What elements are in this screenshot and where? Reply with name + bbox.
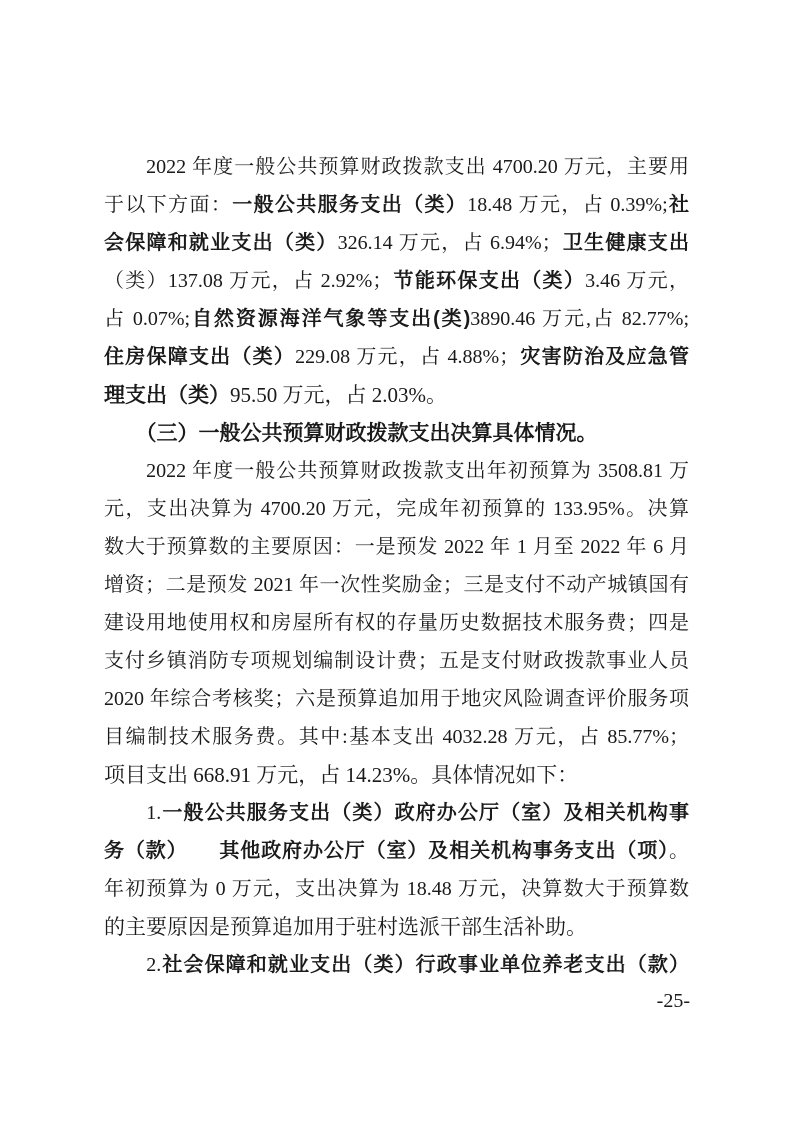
- text-run: 3890.46 万元,占 82.77%;: [470, 308, 689, 330]
- text-line-7: 理支出（类）95.50 万元，占 2.03%。: [104, 376, 689, 414]
- text-run: 项目支出 668.91 万元，占 14.23%。具体情况如下：: [104, 763, 578, 787]
- text-run: 的主要原因是预算追加用于驻村选派干部生活补助。: [104, 915, 587, 939]
- text-run: 2022 年度一般公共预算财政拨款支出年初预算为 3508.81 万: [104, 460, 689, 482]
- text-run: 2.: [104, 954, 161, 976]
- text-line-16: 目编制技术服务费。其中:基本支出 4032.28 万元，占 85.77%；: [104, 718, 689, 756]
- text-run: 占 0.07%;: [104, 308, 190, 330]
- text-run: 1.: [104, 802, 161, 824]
- text-line-3: 会保障和就业支出（类）326.14 万元，占 6.94%；卫生健康支出: [104, 224, 689, 262]
- bold-text-run: 一般公共服务支出（类）政府办公厅（室）及相关机构事: [161, 802, 689, 824]
- bold-text-run: 卫生健康支出: [562, 232, 689, 254]
- document-page: 2022 年度一般公共预算财政拨款支出 4700.20 万元，主要用 于以下方面…: [0, 0, 793, 1122]
- text-run: [178, 840, 220, 862]
- text-line-13: 建设用地使用权和房屋所有权的存量历史数据技术服务费；四是: [104, 604, 689, 642]
- text-run: 3.46 万元，: [585, 270, 689, 292]
- text-line-14: 支付乡镇消防专项规划编制设计费；五是支付财政拨款事业人员: [104, 642, 689, 680]
- text-line-5: 占 0.07%;自然资源海洋气象等支出(类)3890.46 万元,占 82.77…: [104, 300, 689, 338]
- text-run: 增资；二是预发 2021 年一次性奖励金；三是支付不动产城镇国有: [104, 574, 689, 596]
- text-run: 326.14 万元，占 6.94%；: [338, 232, 562, 254]
- bold-text-run: 其他政府办公厅（室）及相关机构事务支出（项）: [219, 840, 669, 862]
- text-run: 建设用地使用权和房屋所有权的存量历史数据技术服务费；四是: [104, 612, 689, 634]
- item-1-line-4: 的主要原因是预算追加用于驻村选派干部生活补助。: [104, 908, 689, 946]
- text-run: 数大于预算数的主要原因：一是预发 2022 年 1 月至 2022 年 6 月: [104, 536, 689, 558]
- text-run: 2020 年综合考核奖；六是预算追加用于地灾风险调查评价服务项: [104, 688, 689, 710]
- text-line-17: 项目支出 668.91 万元，占 14.23%。具体情况如下：: [104, 756, 689, 794]
- item-1-line-1: 1.一般公共服务支出（类）政府办公厅（室）及相关机构事: [104, 794, 689, 832]
- text-run: 18.48 万元，占 0.39%;: [467, 194, 667, 216]
- text-run: 于以下方面：: [104, 194, 232, 216]
- text-line-9: 2022 年度一般公共预算财政拨款支出年初预算为 3508.81 万: [104, 452, 689, 490]
- item-1-line-2: 务（款） 其他政府办公厅（室）及相关机构事务支出（项）。: [104, 832, 689, 870]
- text-run: 年初预算为 0 万元，支出决算为 18.48 万元，决算数大于预算数: [104, 878, 689, 900]
- text-line-1: 2022 年度一般公共预算财政拨款支出 4700.20 万元，主要用: [104, 148, 689, 186]
- text-run: （类）137.08 万元，占 2.92%；: [104, 270, 392, 292]
- bold-text-run: 会保障和就业支出（类）: [104, 232, 338, 254]
- text-run: 元，支出决算为 4700.20 万元，完成年初预算的 133.95%。决算: [104, 498, 689, 520]
- text-run: 。: [669, 840, 689, 862]
- bold-text-run: 住房保障支出（类）: [104, 346, 295, 368]
- section-heading: （三）一般公共预算财政拨款支出决算具体情况。: [104, 414, 689, 452]
- text-run: 2022 年度一般公共预算财政拨款支出 4700.20 万元，主要用: [104, 156, 689, 178]
- text-line-6: 住房保障支出（类）229.08 万元，占 4.88%；灾害防治及应急管: [104, 338, 689, 376]
- text-run: [104, 421, 146, 445]
- bold-text-run: 灾害防治及应急管: [519, 346, 689, 368]
- text-run: 95.50 万元，占 2.03%。: [230, 383, 447, 407]
- text-line-12: 增资；二是预发 2021 年一次性奖励金；三是支付不动产城镇国有: [104, 566, 689, 604]
- bold-text-run: 社会保障和就业支出（类）行政事业单位养老支出（款）: [161, 954, 689, 976]
- text-line-15: 2020 年综合考核奖；六是预算追加用于地灾风险调查评价服务项: [104, 680, 689, 718]
- text-run: 229.08 万元，占 4.88%；: [295, 346, 519, 368]
- bold-text-run: （三）一般公共预算财政拨款支出决算具体情况。: [146, 422, 598, 445]
- item-1-line-3: 年初预算为 0 万元，支出决算为 18.48 万元，决算数大于预算数: [104, 870, 689, 908]
- text-line-2: 于以下方面：一般公共服务支出（类）18.48 万元，占 0.39%;社: [104, 186, 689, 224]
- bold-text-run: 节能环保支出（类）: [392, 270, 585, 292]
- text-line-4: （类）137.08 万元，占 2.92%；节能环保支出（类）3.46 万元，: [104, 262, 689, 300]
- text-content: 2022 年度一般公共预算财政拨款支出 4700.20 万元，主要用 于以下方面…: [104, 148, 689, 984]
- text-run: 支付乡镇消防专项规划编制设计费；五是支付财政拨款事业人员: [104, 650, 689, 672]
- bold-text-run: 社: [668, 194, 689, 216]
- text-line-10: 元，支出决算为 4700.20 万元，完成年初预算的 133.95%。决算: [104, 490, 689, 528]
- bold-text-run: 务（款）: [104, 840, 178, 862]
- bold-text-run: 一般公共服务支出（类）: [232, 194, 467, 216]
- bold-text-run: 自然资源海洋气象等支出(类): [190, 308, 470, 330]
- text-run: 目编制技术服务费。其中:基本支出 4032.28 万元，占 85.77%；: [104, 726, 689, 748]
- text-line-11: 数大于预算数的主要原因：一是预发 2022 年 1 月至 2022 年 6 月: [104, 528, 689, 566]
- bold-text-run: 理支出（类）: [104, 384, 230, 407]
- page-number: -25-: [657, 986, 690, 1016]
- item-2-line-1: 2.社会保障和就业支出（类）行政事业单位养老支出（款）: [104, 946, 689, 984]
